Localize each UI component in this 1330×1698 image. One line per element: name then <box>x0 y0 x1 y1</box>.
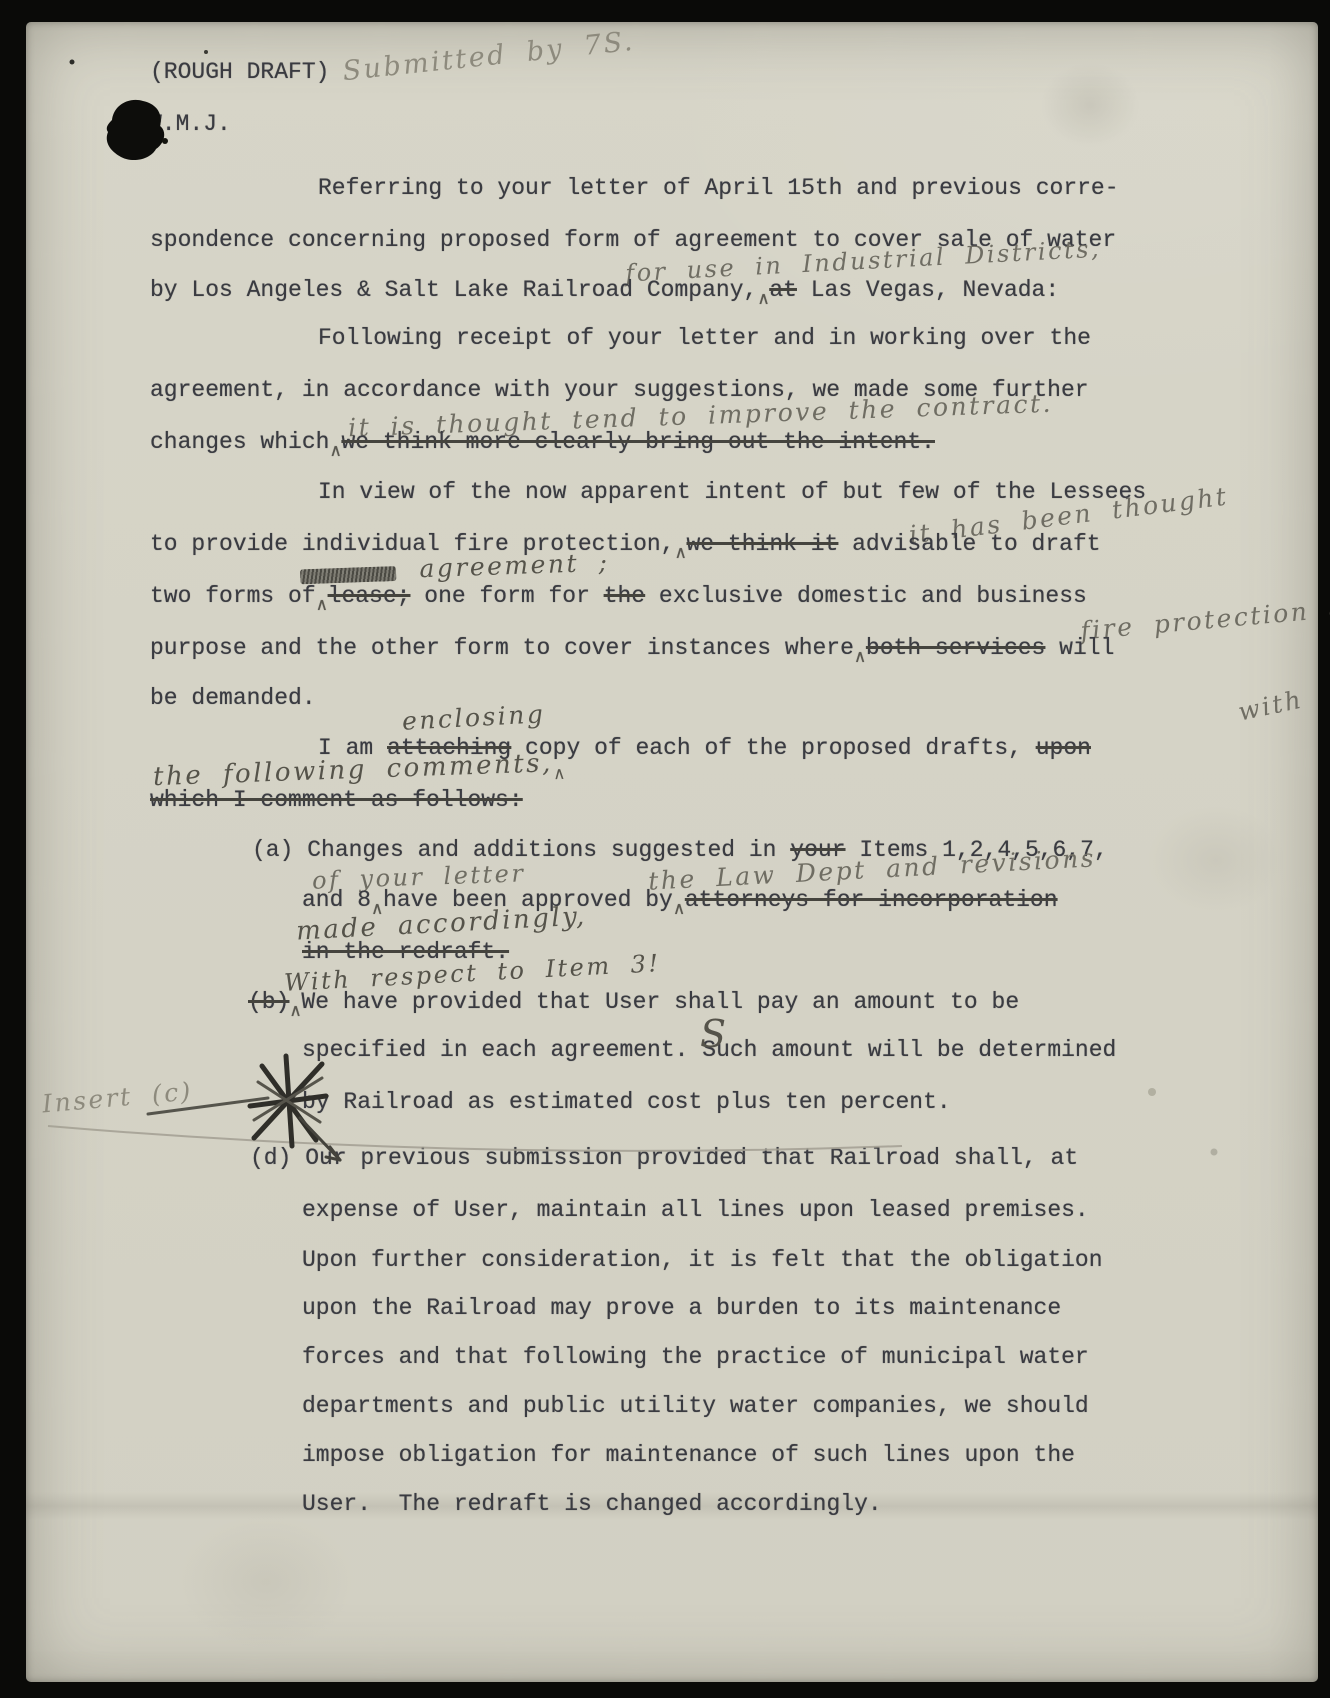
text-segment: impose obligation for maintenance of suc… <box>302 1442 1075 1468</box>
strikethrough-text: we think more clearly bring out the inte… <box>341 429 935 455</box>
text-segment: User. The redraft is changed accordingly… <box>302 1491 882 1517</box>
strikethrough-text: attorneys for incorporation <box>685 887 1058 913</box>
text-segment: and 8 <box>302 887 371 913</box>
typed-line: impose obligation for maintenance of suc… <box>302 1443 1075 1468</box>
typed-line: (ROUGH DRAFT) <box>150 60 329 85</box>
typed-line: to provide individual fire protection,∧w… <box>150 532 1101 557</box>
typed-line: Following receipt of your letter and in … <box>318 326 1091 351</box>
text-segment: be demanded. <box>150 685 316 711</box>
strikethrough-text: (b) <box>248 989 289 1015</box>
text-segment: exclusive domestic and business <box>645 583 1087 609</box>
text-segment: one form for <box>410 583 603 609</box>
text-segment: (ROUGH DRAFT) <box>150 59 329 85</box>
text-segment: by Railroad as estimated cost plus ten p… <box>302 1089 951 1115</box>
strikethrough-text: upon <box>1036 735 1091 761</box>
text-segment: two forms of <box>150 583 316 609</box>
text-segment: (d) Our previous submission provided tha… <box>250 1145 1078 1171</box>
scan-background: { "palette": { "scan_background": "#0a0a… <box>0 0 1330 1698</box>
typed-line: forces and that following the practice o… <box>302 1345 1089 1370</box>
typed-line: expense of User, maintain all lines upon… <box>302 1198 1089 1223</box>
text-segment: Referring to your letter of April 15th a… <box>318 175 1119 201</box>
strikethrough-text: at <box>769 277 797 303</box>
text-segment: We have provided that User shall pay an … <box>301 989 1019 1015</box>
handwritten-annotation: S <box>700 1014 729 1056</box>
typed-line: Upon further consideration, it is felt t… <box>302 1248 1103 1273</box>
insertion-caret-icon: ∧ <box>675 544 687 563</box>
strikethrough-text: both services <box>866 635 1045 661</box>
typed-line: In view of the now apparent intent of bu… <box>318 480 1146 505</box>
typed-line: (d) Our previous submission provided tha… <box>250 1146 1078 1171</box>
typed-line: W.M.J. <box>148 112 231 137</box>
typed-line: which I comment as follows: <box>150 788 523 813</box>
typed-line: (b)∧We have provided that User shall pay… <box>248 990 1019 1015</box>
text-segment: purpose and the other form to cover inst… <box>150 635 854 661</box>
text-segment: advisable to draft <box>838 531 1100 557</box>
insertion-caret-icon: ∧ <box>289 1002 301 1021</box>
text-segment: S <box>700 1012 729 1056</box>
text-segment: Las Vegas, Nevada: <box>797 277 1059 303</box>
text-segment: forces and that following the practice o… <box>302 1344 1089 1370</box>
typed-line: by Railroad as estimated cost plus ten p… <box>302 1090 951 1115</box>
typed-line: by Los Angeles & Salt Lake Railroad Comp… <box>150 278 1059 303</box>
insertion-caret-icon: ∧ <box>316 596 328 615</box>
strikethrough-text: we think it <box>687 531 839 557</box>
text-segment: departments and public utility water com… <box>302 1393 1089 1419</box>
insertion-caret-icon: ∧ <box>329 442 341 461</box>
text-segment: upon the Railroad may prove a burden to … <box>302 1295 1061 1321</box>
typed-line: purpose and the other form to cover inst… <box>150 636 1114 661</box>
scribbled-out-word <box>300 566 396 584</box>
text-segment: copy of each of the proposed drafts, <box>511 735 1036 761</box>
text-segment: will <box>1045 635 1114 661</box>
insertion-caret-icon: ∧ <box>553 765 566 784</box>
insertion-caret-icon: ∧ <box>673 900 685 919</box>
strikethrough-text: lease; <box>328 583 411 609</box>
text-segment: changes which <box>150 429 329 455</box>
typed-line: upon the Railroad may prove a burden to … <box>302 1296 1061 1321</box>
text-segment: In view of the now apparent intent of bu… <box>318 479 1146 505</box>
text-segment: Following receipt of your letter and in … <box>318 325 1091 351</box>
strikethrough-text: which I comment as follows: <box>150 787 523 813</box>
text-segment: by Los Angeles & Salt Lake Railroad Comp… <box>150 277 757 303</box>
insertion-caret-icon: ∧ <box>757 290 769 309</box>
typed-line: User. The redraft is changed accordingly… <box>302 1492 882 1517</box>
text-segment: expense of User, maintain all lines upon… <box>302 1197 1089 1223</box>
typed-line: be demanded. <box>150 686 316 711</box>
strikethrough-text: the <box>604 583 645 609</box>
typed-line: Referring to your letter of April 15th a… <box>318 176 1119 201</box>
typed-line: changes which∧we think more clearly brin… <box>150 430 935 455</box>
insertion-caret-icon: ∧ <box>854 648 866 667</box>
text-segment: W.M.J. <box>148 111 231 137</box>
typed-line: departments and public utility water com… <box>302 1394 1089 1419</box>
typed-line: two forms of∧lease; one form for the exc… <box>150 584 1087 609</box>
text-segment: Upon further consideration, it is felt t… <box>302 1247 1103 1273</box>
